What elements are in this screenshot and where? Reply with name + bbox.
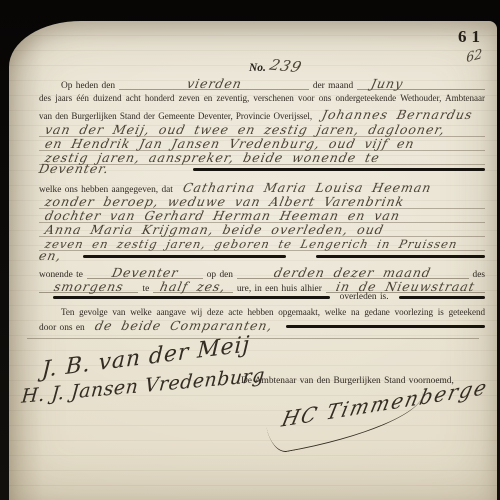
deceased-is-line: overleden is. [39,292,485,302]
strike-rule [316,255,485,258]
document-paper: 61 62 No. 239 Op heden den vierden der m… [9,21,497,500]
deceased-text-5: en, [38,250,63,263]
day-part-blank: smorgens [39,278,138,293]
registration-month-blank: Juny [357,75,485,90]
folio-handwritten-mark: 62 [467,47,483,66]
registration-day: vierden [185,78,243,91]
declarants-text-4: Deventer. [38,163,111,176]
residence-blank: Deventer [87,264,203,279]
hour-blank: half zes, [153,278,233,293]
strike-rule [193,168,485,171]
closing-line-1: Ten gevolge van welke aangave wij deze a… [39,307,485,317]
registration-day-blank: vierden [119,75,309,90]
strike-rule [83,255,286,258]
strike-rule [53,296,330,299]
closing-by-us: door ons en [39,323,85,333]
closing-line-2: door ons en de beide Comparanten, [39,320,485,333]
date-line-mid: der maand [313,81,353,91]
act-number-value: 239 [268,58,304,75]
strike-rule [286,325,485,328]
folio-number: 61 [458,27,485,47]
deceased-line-4: zeven en zestig jaren, geboren te Lenger… [39,235,485,251]
scanned-death-certificate: 61 62 No. 239 Op heden den vierden der m… [0,0,500,500]
deceased-name-start: Catharina Maria Louisa Heeman [177,179,485,193]
signed-by-value: de beide Comparanten, [93,320,273,333]
act-number: No. 239 [249,58,302,76]
registry-line: van den Burgerlijken Stand der Gemeente … [39,106,485,121]
declarants-line-4: Deventer. [39,163,485,176]
deceased-text-4: zeven en zestig jaren, geboren te Lenger… [44,239,459,251]
deceased-is-label: overleden is. [340,292,389,302]
death-day-blank: derden dezer maand [237,264,469,279]
registration-month: Juny [370,78,405,91]
deceased-line-5: en, [39,250,485,263]
death-location-blank: in de Nieuwstraat [326,278,485,293]
separator-rule [27,338,479,339]
date-line: Op heden den vierden der maand Juny [39,75,485,91]
strike-rule [399,296,485,299]
act-number-label: No. [249,62,266,74]
date-line-pre: Op heden den [39,81,115,91]
declarant1-first-names: Johannes Bernardus [321,109,474,122]
registry-line-printed: van den Burgerlijken Stand der Gemeente … [39,111,312,121]
year-officials-line: des jaars één duizend acht honderd zeven… [39,93,485,103]
declarant-name-start: Johannes Bernardus [316,106,485,120]
